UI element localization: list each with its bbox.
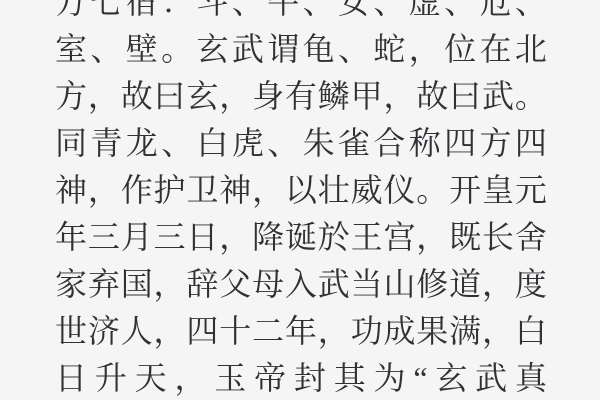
glyph: ， <box>219 221 251 253</box>
glyph: 其 <box>334 362 366 394</box>
glyph: 室 <box>55 33 87 65</box>
glyph: 家 <box>55 268 87 300</box>
glyph: 弃 <box>88 268 120 300</box>
glyph: 危 <box>480 0 512 18</box>
glyph: 曰 <box>154 80 186 112</box>
glyph: 皇 <box>482 174 514 206</box>
glyph: 山 <box>383 268 415 300</box>
glyph: 度 <box>515 268 547 300</box>
glyph: 宿 <box>126 0 158 18</box>
glyph: 四 <box>186 315 218 347</box>
glyph: 同 <box>55 127 87 159</box>
glyph: 女 <box>338 0 370 18</box>
glyph: 二 <box>252 315 284 347</box>
glyph: ： <box>161 0 193 18</box>
text-body: 方七宿：斗、牛、女、虚、危、室、壁。玄武谓龟、蛇，位在北方，故曰玄，身有鳞甲，故… <box>55 0 547 400</box>
glyph: 神 <box>219 174 251 206</box>
glyph: 在 <box>480 33 512 65</box>
glyph: 武 <box>475 362 507 394</box>
glyph: 十 <box>219 315 251 347</box>
glyph: 年 <box>285 315 317 347</box>
glyph: 长 <box>482 221 514 253</box>
glyph: 三 <box>154 221 186 253</box>
glyph: 诞 <box>285 221 317 253</box>
glyph: 天 <box>135 362 167 394</box>
glyph: ， <box>482 315 514 347</box>
text-line: 年三月三日，降诞於王宫，既长舍 <box>55 213 547 260</box>
glyph: ， <box>318 315 350 347</box>
glyph: 开 <box>449 174 481 206</box>
glyph: 功 <box>351 315 383 347</box>
glyph: 、 <box>515 0 547 18</box>
glyph: 元 <box>515 174 547 206</box>
glyph: 武 <box>232 33 264 65</box>
glyph: 龙 <box>126 127 158 159</box>
glyph: 蛇 <box>373 33 405 65</box>
glyph: 位 <box>444 33 476 65</box>
glyph: 玄 <box>186 80 218 112</box>
glyph: 雀 <box>338 127 370 159</box>
glyph: 世 <box>55 315 87 347</box>
glyph: 仪 <box>383 174 415 206</box>
glyph: 神 <box>55 174 87 206</box>
glyph: 果 <box>416 315 448 347</box>
glyph: 。 <box>515 80 547 112</box>
glyph: 帝 <box>254 362 286 394</box>
reading-page: 方七宿：斗、牛、女、虚、危、室、壁。玄武谓龟、蛇，位在北方，故曰玄，身有鳞甲，故… <box>0 0 600 400</box>
text-line: 世济人，四十二年，功成果满，白 <box>55 307 547 354</box>
glyph: 武 <box>318 268 350 300</box>
glyph: 故 <box>416 80 448 112</box>
glyph: 护 <box>154 174 186 206</box>
glyph: ， <box>482 268 514 300</box>
glyph: 三 <box>88 221 120 253</box>
glyph: 日 <box>55 362 87 394</box>
glyph: 满 <box>449 315 481 347</box>
glyph: 王 <box>351 221 383 253</box>
glyph: 龟 <box>303 33 335 65</box>
glyph: 真 <box>515 362 547 394</box>
glyph: ， <box>219 80 251 112</box>
glyph: 月 <box>121 221 153 253</box>
glyph: 四 <box>515 127 547 159</box>
glyph: 既 <box>449 221 481 253</box>
glyph: 虚 <box>409 0 441 18</box>
glyph: ， <box>409 33 441 65</box>
glyph: 朱 <box>303 127 335 159</box>
glyph: 壮 <box>318 174 350 206</box>
glyph: 。 <box>416 174 448 206</box>
glyph: 玉 <box>214 362 246 394</box>
glyph: ， <box>154 315 186 347</box>
glyph: 舍 <box>515 221 547 253</box>
glyph: 当 <box>351 268 383 300</box>
glyph: 方 <box>480 127 512 159</box>
glyph: 故 <box>121 80 153 112</box>
glyph: 封 <box>294 362 326 394</box>
glyph: ， <box>154 268 186 300</box>
glyph: 白 <box>197 127 229 159</box>
glyph: 武 <box>482 80 514 112</box>
glyph: 玄 <box>197 33 229 65</box>
glyph: 道 <box>449 268 481 300</box>
glyph: 年 <box>55 221 87 253</box>
glyph: 谓 <box>267 33 299 65</box>
glyph: 曰 <box>449 80 481 112</box>
glyph: 方 <box>55 80 87 112</box>
glyph: 升 <box>95 362 127 394</box>
text-line: 家弃国，辞父母入武当山修道，度 <box>55 260 547 307</box>
text-line: 方七宿：斗、牛、女、虚、危、 <box>55 0 547 25</box>
text-line: 同青龙、白虎、朱雀合称四方四 <box>55 119 547 166</box>
glyph: 威 <box>351 174 383 206</box>
glyph: 方 <box>55 0 87 18</box>
glyph: 玄 <box>435 362 467 394</box>
glyph: 鳞 <box>318 80 350 112</box>
glyph: 。 <box>161 33 193 65</box>
glyph: 、 <box>267 127 299 159</box>
glyph: ， <box>252 174 284 206</box>
text-line: 神，作护卫神，以壮威仪。开皇元 <box>55 166 547 213</box>
glyph: 甲 <box>351 80 383 112</box>
glyph: 身 <box>252 80 284 112</box>
glyph: 青 <box>90 127 122 159</box>
glyph: 母 <box>252 268 284 300</box>
glyph: 七 <box>90 0 122 18</box>
glyph: 、 <box>303 0 335 18</box>
glyph: 四 <box>444 127 476 159</box>
glyph: ， <box>88 80 120 112</box>
glyph: 斗 <box>197 0 229 18</box>
glyph: 壁 <box>126 33 158 65</box>
glyph: 入 <box>285 268 317 300</box>
glyph: “ <box>413 362 427 394</box>
glyph: 辞 <box>186 268 218 300</box>
glyph: 、 <box>444 0 476 18</box>
glyph: 人 <box>121 315 153 347</box>
glyph: 为 <box>374 362 406 394</box>
glyph: 有 <box>285 80 317 112</box>
glyph: ， <box>174 362 206 394</box>
glyph: 白 <box>515 315 547 347</box>
glyph: 虎 <box>232 127 264 159</box>
glyph: 、 <box>90 33 122 65</box>
glyph: 、 <box>338 33 370 65</box>
glyph: 牛 <box>267 0 299 18</box>
glyph: 父 <box>219 268 251 300</box>
glyph: 、 <box>232 0 264 18</box>
glyph: ， <box>416 221 448 253</box>
glyph: 称 <box>409 127 441 159</box>
glyph: 作 <box>121 174 153 206</box>
text-line: 室、壁。玄武谓龟、蛇，位在北 <box>55 25 547 72</box>
text-line: 方，故曰玄，身有鳞甲，故曰武。 <box>55 72 547 119</box>
glyph: 国 <box>121 268 153 300</box>
text-line: 日升天，玉帝封其为“玄武真 <box>55 354 547 400</box>
glyph: 以 <box>285 174 317 206</box>
glyph: 成 <box>383 315 415 347</box>
glyph: 卫 <box>186 174 218 206</box>
glyph: 、 <box>373 0 405 18</box>
glyph: ， <box>383 80 415 112</box>
glyph: 降 <box>252 221 284 253</box>
glyph: 济 <box>88 315 120 347</box>
glyph: 、 <box>161 127 193 159</box>
glyph: 於 <box>318 221 350 253</box>
glyph: 日 <box>186 221 218 253</box>
glyph: 北 <box>515 33 547 65</box>
glyph: 修 <box>416 268 448 300</box>
glyph: ， <box>88 174 120 206</box>
glyph: 合 <box>373 127 405 159</box>
glyph: 宫 <box>383 221 415 253</box>
